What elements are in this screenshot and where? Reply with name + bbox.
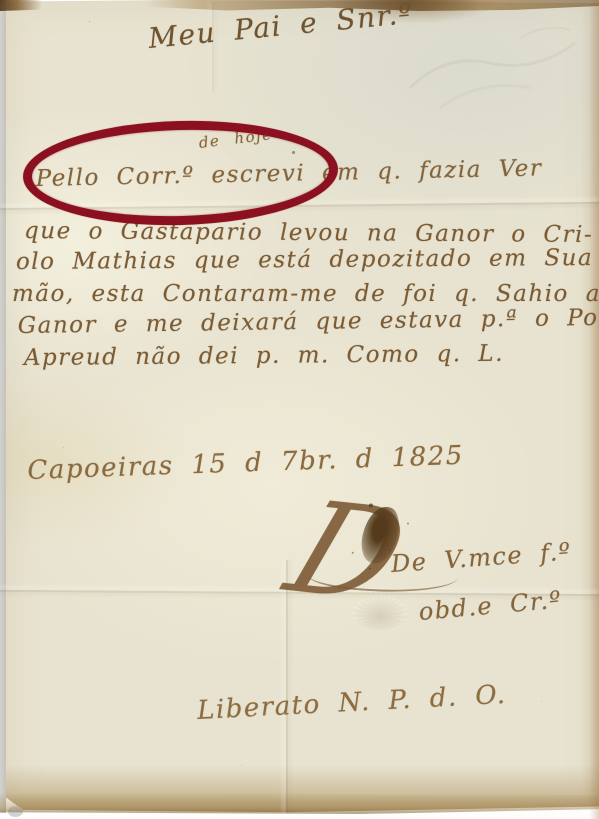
scanned-letter: Meu Pai e Snr.º de hoje Pello Corr.º esc… [0,0,599,819]
ink-specks [0,0,1,1]
scanner-edge-strip [0,0,6,813]
body-line: que o Gastapario levou na Ganor o Cri- [24,218,593,248]
ghost-handwriting-marks [400,18,590,118]
body-line: Apreud não dei p. m. Como q. L. [24,341,504,371]
body-line: mão, esta Contaram-me de foi q. Sahio a [12,281,599,307]
browned-bottom-band [0,792,599,814]
dark-corner-stain [0,0,34,18]
browned-right-edge [589,0,599,819]
body-line: olo Mathias que está depozitado em Sua [16,245,593,275]
